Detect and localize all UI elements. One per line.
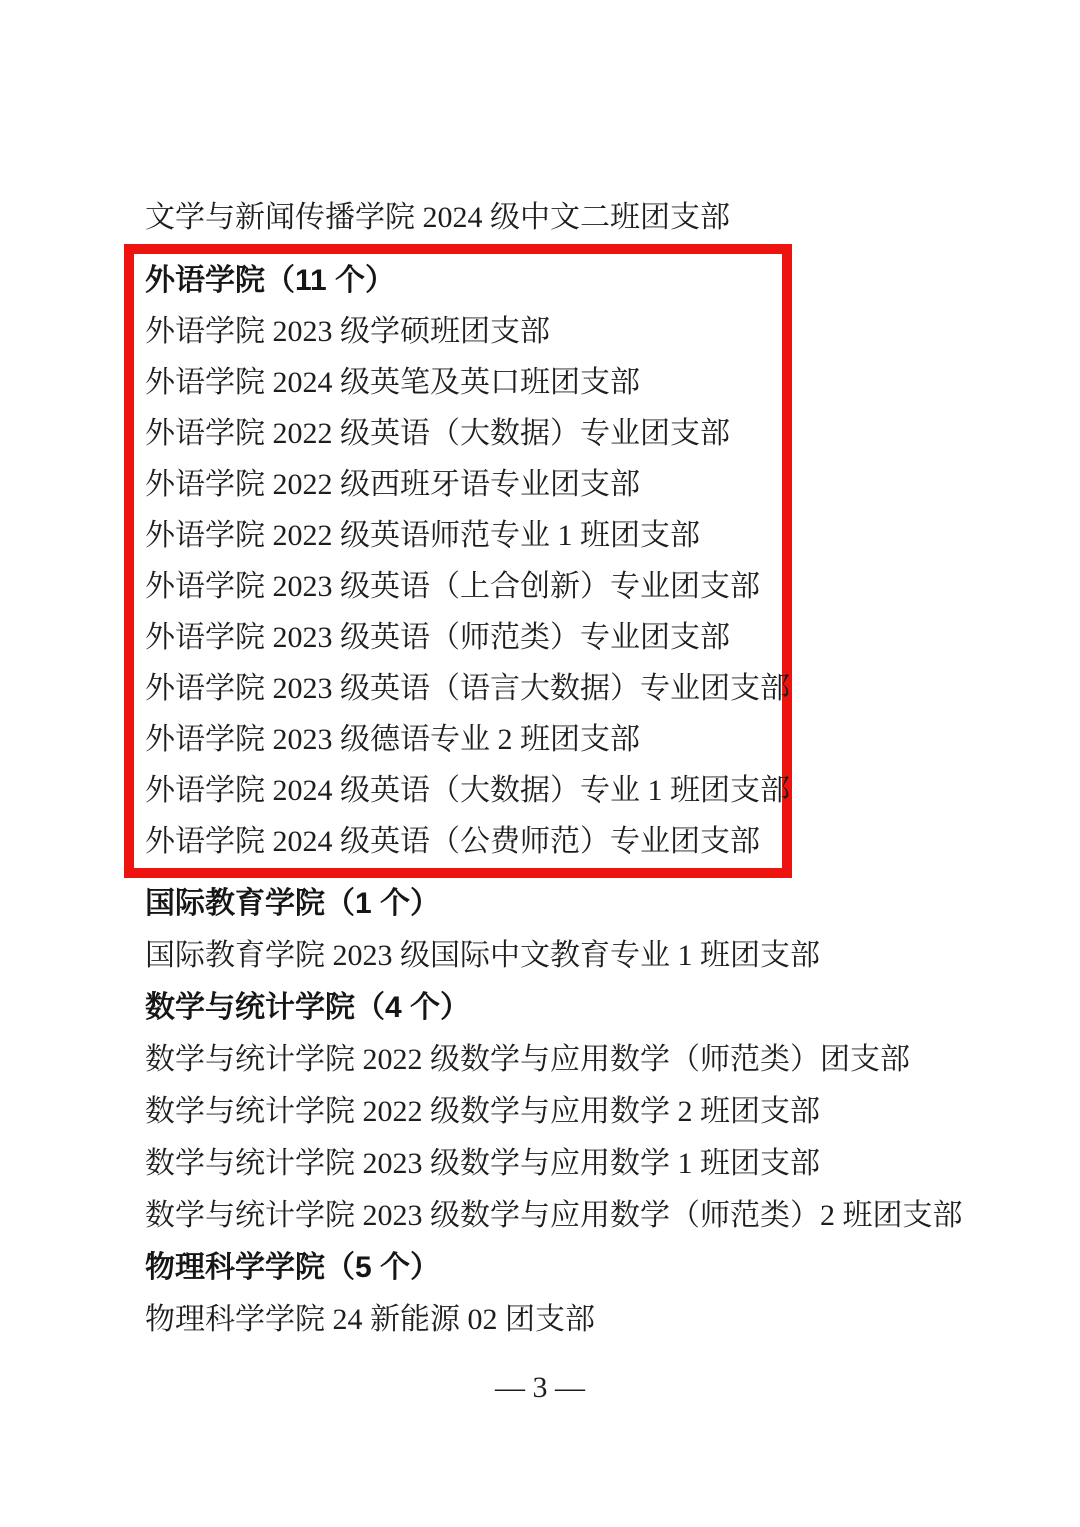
- document-page: 文学与新闻传播学院 2024 级中文二班团支部 外语学院（11 个） 外语学院 …: [0, 0, 1080, 1527]
- document-line: 外语学院 2023 级学硕班团支部: [145, 306, 782, 357]
- document-line: 外语学院 2024 级英语（大数据）专业 1 班团支部: [145, 765, 782, 816]
- document-line: 外语学院 2023 级英语（上合创新）专业团支部: [145, 561, 782, 612]
- document-line: 外语学院 2023 级英语（语言大数据）专业团支部: [145, 663, 782, 714]
- document-line: 外语学院 2023 级德语专业 2 班团支部: [145, 714, 782, 765]
- section-header: 外语学院（11 个）: [145, 255, 782, 306]
- document-line: 数学与统计学院 2023 级数学与应用数学 1 班团支部: [145, 1138, 985, 1190]
- highlight-box: 外语学院（11 个） 外语学院 2023 级学硕班团支部外语学院 2024 级英…: [124, 244, 792, 878]
- document-line: 外语学院 2024 级英笔及英口班团支部: [145, 357, 782, 408]
- document-content: 文学与新闻传播学院 2024 级中文二班团支部 外语学院（11 个） 外语学院 …: [145, 192, 985, 1346]
- section-header: 国际教育学院（1 个）: [145, 878, 985, 930]
- document-line: 外语学院 2022 级英语师范专业 1 班团支部: [145, 510, 782, 561]
- document-line: 数学与统计学院 2022 级数学与应用数学 2 班团支部: [145, 1086, 985, 1138]
- document-line: 数学与统计学院 2022 级数学与应用数学（师范类）团支部: [145, 1034, 985, 1086]
- document-line: 外语学院 2022 级西班牙语专业团支部: [145, 459, 782, 510]
- document-line: 数学与统计学院 2023 级数学与应用数学（师范类）2 班团支部: [145, 1190, 985, 1242]
- document-line: 物理科学学院 24 新能源 02 团支部: [145, 1294, 985, 1346]
- section-header: 物理科学学院（5 个）: [145, 1242, 985, 1294]
- section-list: 国际教育学院（1 个）国际教育学院 2023 级国际中文教育专业 1 班团支部数…: [145, 878, 985, 1346]
- page-number: — 3 —: [0, 1362, 1080, 1414]
- section-header: 数学与统计学院（4 个）: [145, 982, 985, 1034]
- document-line: 外语学院 2022 级英语（大数据）专业团支部: [145, 408, 782, 459]
- document-line: 文学与新闻传播学院 2024 级中文二班团支部: [145, 192, 985, 244]
- document-line: 国际教育学院 2023 级国际中文教育专业 1 班团支部: [145, 930, 985, 982]
- boxed-item-list: 外语学院 2023 级学硕班团支部外语学院 2024 级英笔及英口班团支部外语学…: [145, 306, 782, 867]
- document-line: 外语学院 2024 级英语（公费师范）专业团支部: [145, 816, 782, 867]
- document-line: 外语学院 2023 级英语（师范类）专业团支部: [145, 612, 782, 663]
